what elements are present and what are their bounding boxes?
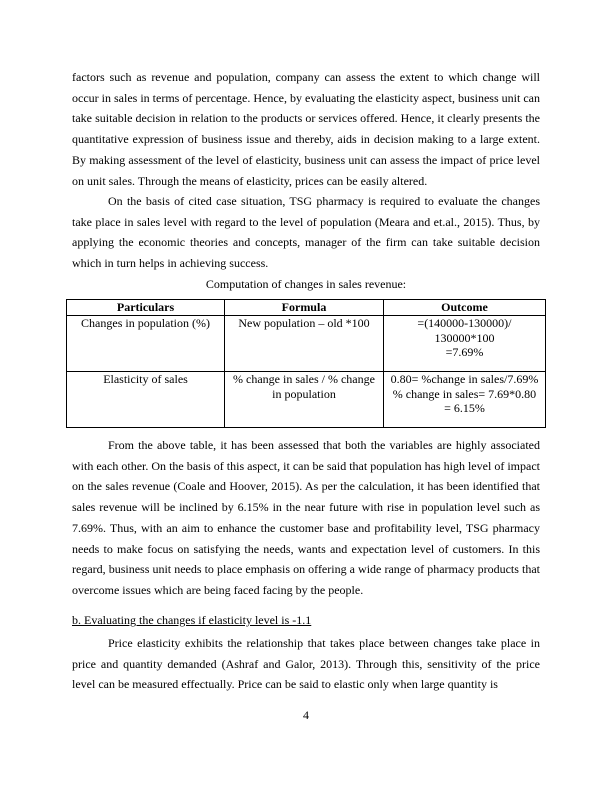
outcome-line: = 6.15% (386, 401, 543, 416)
cell-formula: New population – old *100 (225, 316, 384, 372)
cell-outcome: 0.80= %change in sales/7.69% % change in… (383, 372, 545, 428)
computation-table: Particulars Formula Outcome Changes in p… (66, 299, 546, 428)
table-row: Elasticity of sales % change in sales / … (67, 372, 546, 428)
column-header-outcome: Outcome (383, 300, 545, 316)
cell-outcome: =(140000-130000)/ 130000*100 =7.69% (383, 316, 545, 372)
outcome-line: % change in sales= 7.69*0.80 (386, 387, 543, 402)
paragraph-price-elasticity: Price elasticity exhibits the relationsh… (72, 633, 540, 695)
paragraph-table-analysis: From the above table, it has been assess… (72, 435, 540, 601)
section-heading: b. Evaluating the changes if elasticity … (72, 613, 311, 628)
cell-formula: % change in sales / % change in populati… (225, 372, 384, 428)
paragraph-elasticity-intro: factors such as revenue and population, … (72, 67, 540, 191)
document-page: factors such as revenue and population, … (0, 0, 612, 792)
outcome-line: =(140000-130000)/ (386, 316, 543, 331)
cell-particulars: Changes in population (%) (67, 316, 225, 372)
paragraph-case-situation: On the basis of cited case situation, TS… (72, 191, 540, 274)
column-header-particulars: Particulars (67, 300, 225, 316)
table-row: Changes in population (%) New population… (67, 316, 546, 372)
outcome-line: 0.80= %change in sales/7.69% (386, 372, 543, 387)
outcome-line: =7.69% (386, 345, 543, 360)
page-number: 4 (0, 708, 612, 723)
column-header-formula: Formula (225, 300, 384, 316)
table-caption: Computation of changes in sales revenue: (72, 277, 540, 292)
outcome-line: 130000*100 (386, 331, 543, 346)
table-header-row: Particulars Formula Outcome (67, 300, 546, 316)
cell-particulars: Elasticity of sales (67, 372, 225, 428)
